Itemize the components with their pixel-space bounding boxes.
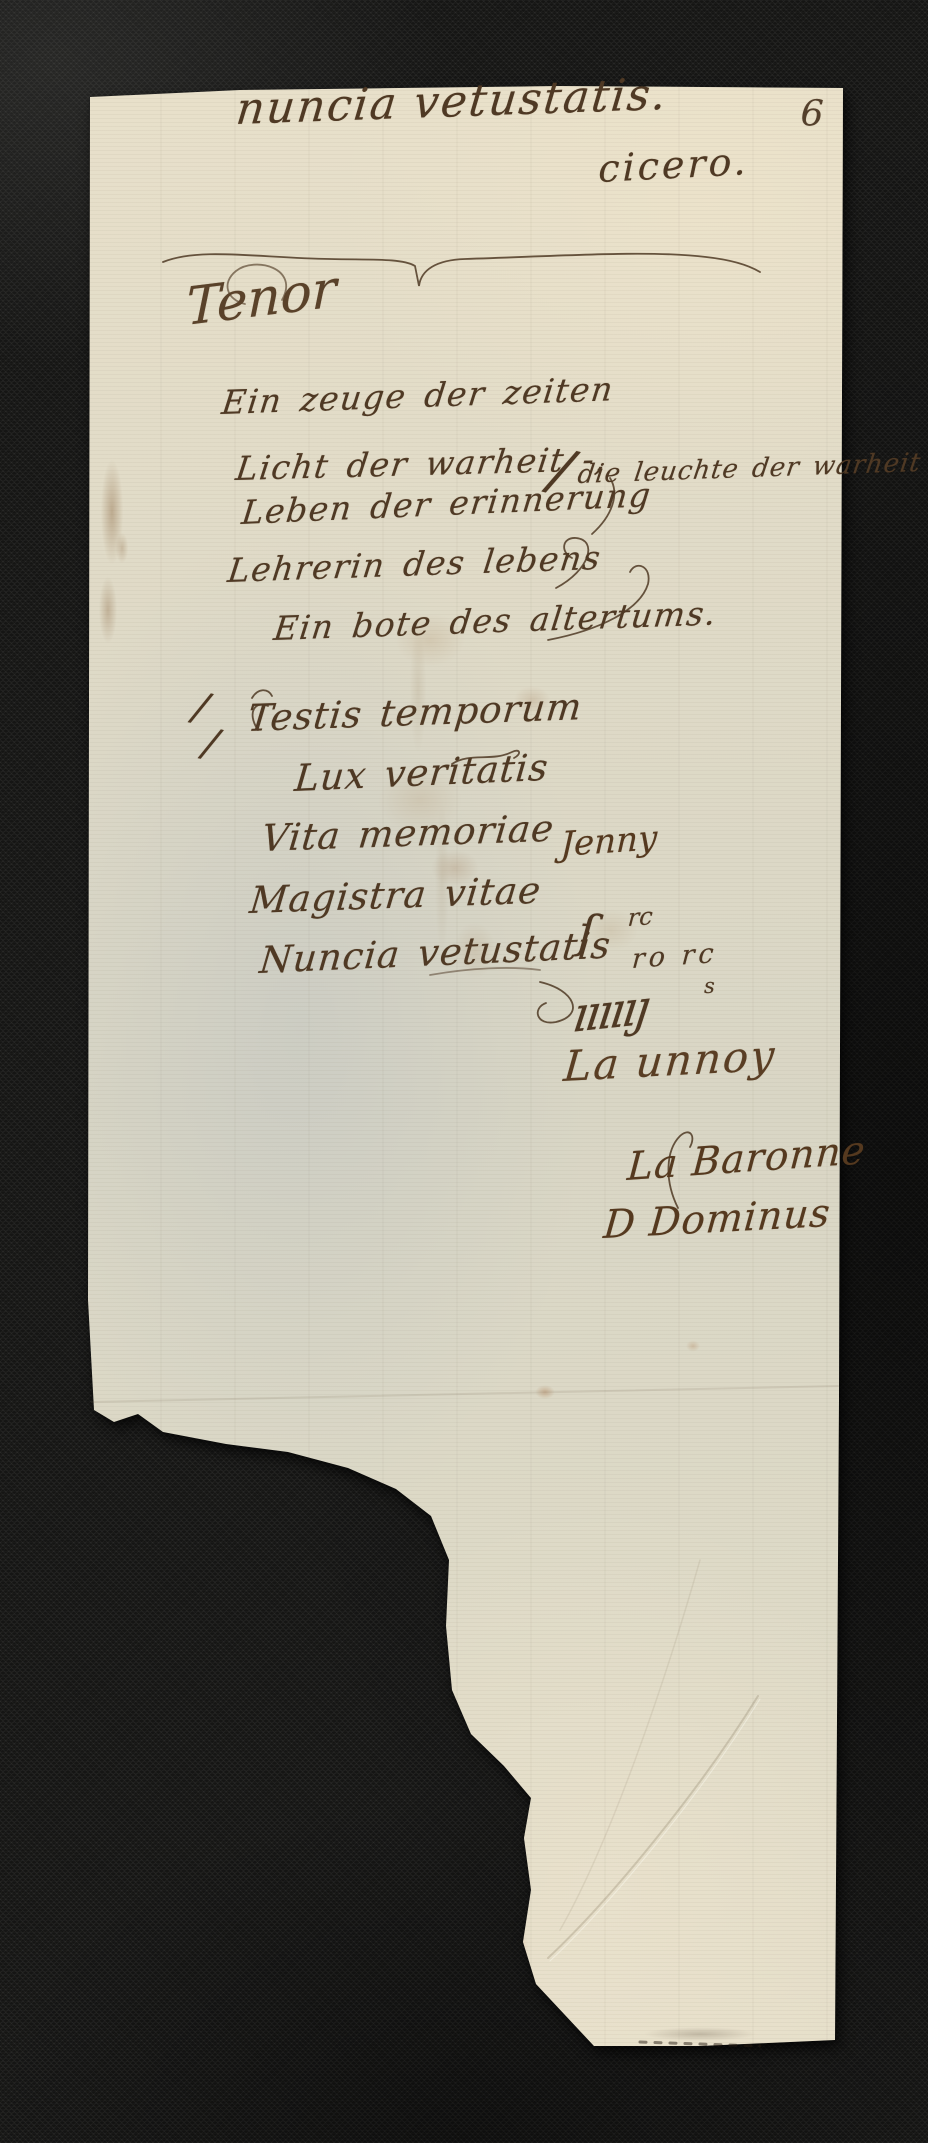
nuncia-tail-swirl (538, 982, 573, 1023)
pen-trial-ro-rc: ro rc (631, 940, 718, 973)
crease-line-secondary (560, 1560, 700, 1930)
pen-trial-long-s: ſ (577, 908, 597, 955)
latin-line-3: Vita memoriae (260, 810, 556, 857)
fold-line-horizontal (92, 1386, 838, 1402)
latin-line-1: Testis temporum (246, 688, 584, 737)
pen-scribble: ıııııȷ (570, 983, 650, 1040)
page-number: 6 (800, 96, 824, 133)
crease-line-diagonal (548, 1696, 758, 1958)
ink-flourishes-layer (0, 0, 928, 2143)
scan-of-manuscript-fragment: nuncia vetustatis. 6 cicero. Tenor Ein z… (0, 0, 928, 2143)
marginal-name-note: Jenny (560, 821, 658, 862)
bottom-edge-grime (640, 2042, 760, 2046)
crease-line-highlight (550, 1699, 760, 1961)
latin-line-4: Magistra vitae (248, 872, 543, 919)
pen-trial-rc: rc (627, 904, 654, 930)
signature-d-dominus: D Dominus (602, 1194, 832, 1245)
attribution-line: cicero. (598, 142, 749, 188)
pen-trial-s: s (704, 976, 715, 997)
signature-launnoy: La unnoy (562, 1035, 778, 1088)
latin-line-2: Lux veritatis (293, 749, 550, 797)
